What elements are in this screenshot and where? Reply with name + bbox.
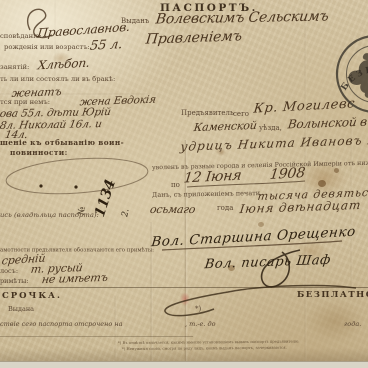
bottom-ink-flourish: [165, 285, 356, 315]
signature-underline-stroke: [162, 241, 342, 250]
signature-loop-flourish: [262, 250, 300, 287]
ink-dot: [39, 184, 42, 187]
ink-dot: [74, 185, 77, 188]
paper-edge-shadow: [0, 348, 368, 361]
scan-background-strip: [0, 361, 368, 368]
passport-document: ПАСПОРТЪ. Выданъ Волевскимъ Сельскимъ Пр…: [0, 0, 368, 368]
corner-ink-flourish: [28, 9, 52, 37]
date-underline-stroke: [187, 181, 305, 187]
ink-overlay: [0, 0, 368, 368]
pencil-oval: [5, 154, 149, 198]
